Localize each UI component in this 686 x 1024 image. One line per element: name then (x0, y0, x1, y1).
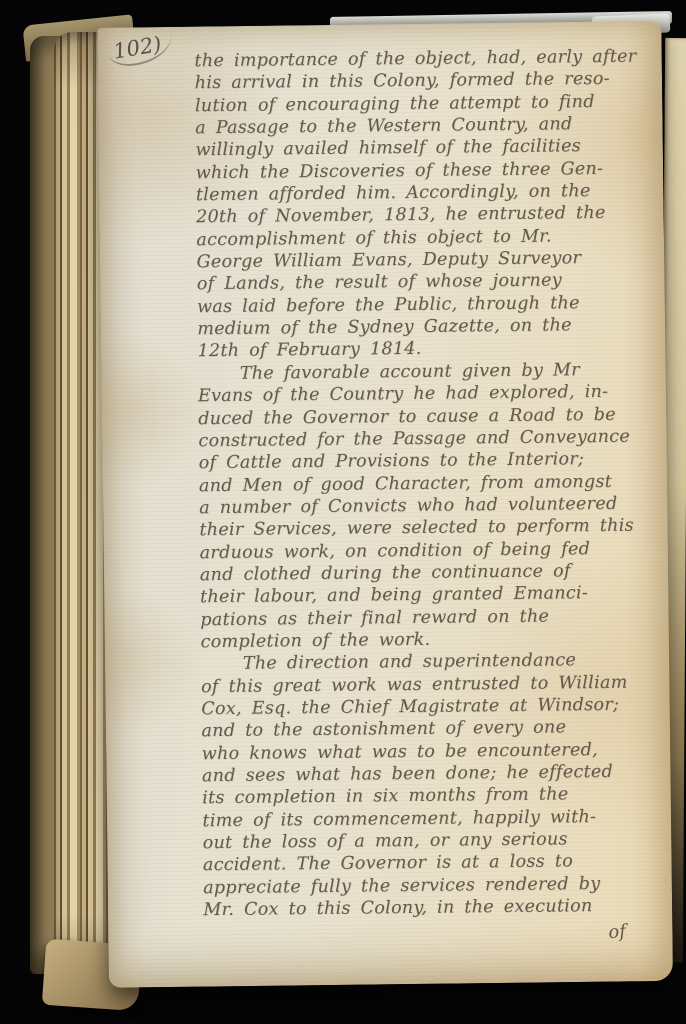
catchword: of (608, 921, 627, 943)
page-number: 102) (106, 30, 176, 70)
manuscript-photo: 102) the importance of the object, had, … (0, 0, 686, 1024)
manuscript-text: the importance of the object, had, early… (194, 45, 665, 921)
manuscript-page: 102) the importance of the object, had, … (97, 21, 673, 988)
manuscript-line: Mr. Cox to this Colony, in the execution (203, 894, 665, 921)
